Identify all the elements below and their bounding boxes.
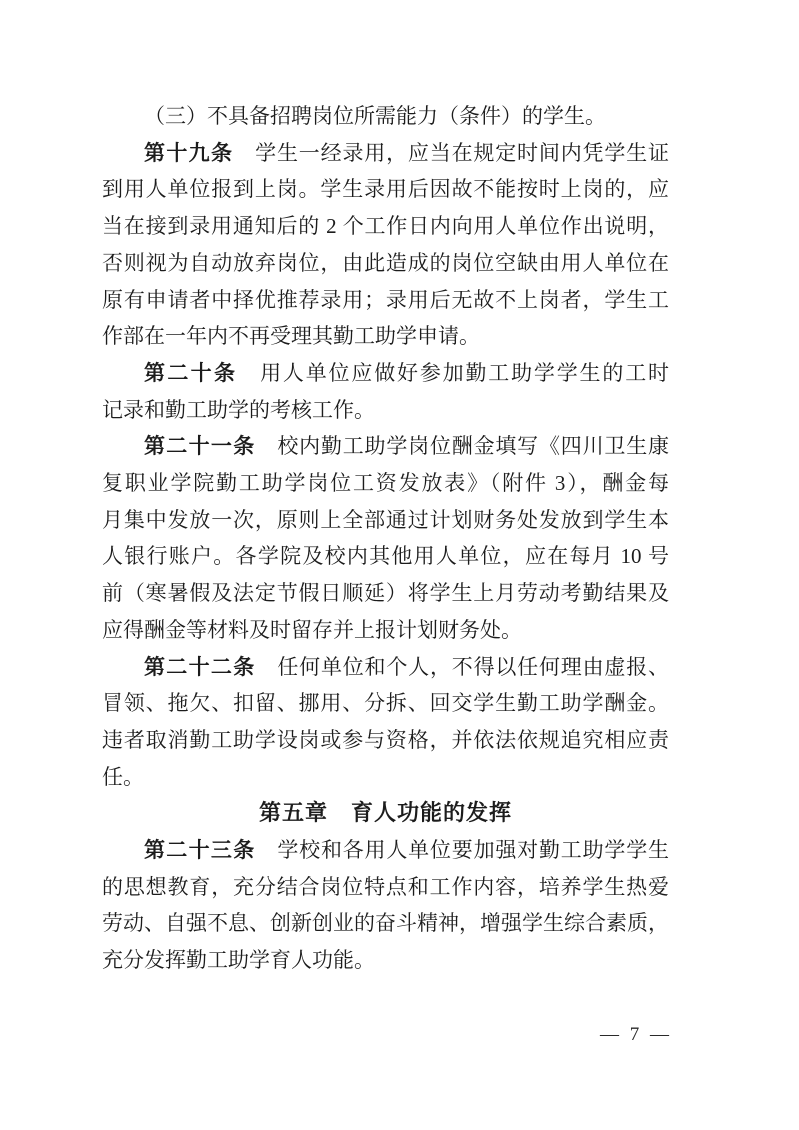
article-23-line: 充分发挥勤工助学育人功能。	[102, 942, 669, 979]
article-21-number: 第二十一条	[144, 434, 256, 458]
article-21-line: 人银行账户。各学院及校内其他用人单位，应在每月 10 号	[102, 538, 669, 575]
chapter-5-heading: 第五章 育人功能的发挥	[102, 795, 669, 832]
article-22-number: 第二十二条	[144, 655, 256, 679]
article-22-line: 违者取消勤工助学设岗或参与资格，并依法依规追究相应责	[102, 722, 669, 759]
article-21-line: 应得酬金等材料及时留存并上报计划财务处。	[102, 612, 669, 649]
article-19-line: 当在接到录用通知后的 2 个工作日内向用人单位作出说明，	[102, 208, 669, 245]
article-21-line: 第二十一条 校内勤工助学岗位酬金填写《四川卫生康	[102, 428, 669, 465]
page-number: — 7 —	[596, 1024, 676, 1046]
clause-item-3-line: （三）不具备招聘岗位所需能力（条件）的学生。	[102, 98, 669, 135]
article-22-line: 任。	[102, 759, 669, 796]
article-20-number: 第二十条	[144, 361, 237, 385]
article-23-line: 第二十三条 学校和各用人单位要加强对勤工助学学生	[102, 832, 669, 869]
document-body: （三）不具备招聘岗位所需能力（条件）的学生。第十九条 学生一经录用，应当在规定时…	[102, 98, 669, 979]
article-20-line: 记录和勤工助学的考核工作。	[102, 392, 669, 429]
article-23-line: 劳动、自强不息、创新创业的奋斗精神，增强学生综合素质，	[102, 905, 669, 942]
article-19-line: 到用人单位报到上岗。学生录用后因故不能按时上岗的，应	[102, 171, 669, 208]
article-23-line: 的思想教育，充分结合岗位特点和工作内容，培养学生热爱	[102, 869, 669, 906]
article-21-line: 月集中发放一次，原则上全部通过计划财务处发放到学生本	[102, 502, 669, 539]
article-19-line: 原有申请者中择优推荐录用；录用后无故不上岗者，学生工	[102, 282, 669, 319]
article-19-line: 否则视为自动放弃岗位，由此造成的岗位空缺由用人单位在	[102, 245, 669, 282]
article-22-line: 第二十二条 任何单位和个人，不得以任何理由虚报、	[102, 649, 669, 686]
article-19-number: 第十九条	[144, 141, 233, 165]
article-20-line: 第二十条 用人单位应做好参加勤工助学学生的工时	[102, 355, 669, 392]
article-23-number: 第二十三条	[144, 838, 256, 862]
article-19-line: 第十九条 学生一经录用，应当在规定时间内凭学生证	[102, 135, 669, 172]
article-22-line: 冒领、拖欠、扣留、挪用、分拆、回交学生勤工助学酬金。	[102, 685, 669, 722]
document-page: （三）不具备招聘岗位所需能力（条件）的学生。第十九条 学生一经录用，应当在规定时…	[0, 0, 799, 1130]
article-21-line: 复职业学院勤工助学岗位工资发放表》（附件 3），酬金每	[102, 465, 669, 502]
article-19-line: 作部在一年内不再受理其勤工助学申请。	[102, 318, 669, 355]
article-21-line: 前（寒暑假及法定节假日顺延）将学生上月劳动考勤结果及	[102, 575, 669, 612]
